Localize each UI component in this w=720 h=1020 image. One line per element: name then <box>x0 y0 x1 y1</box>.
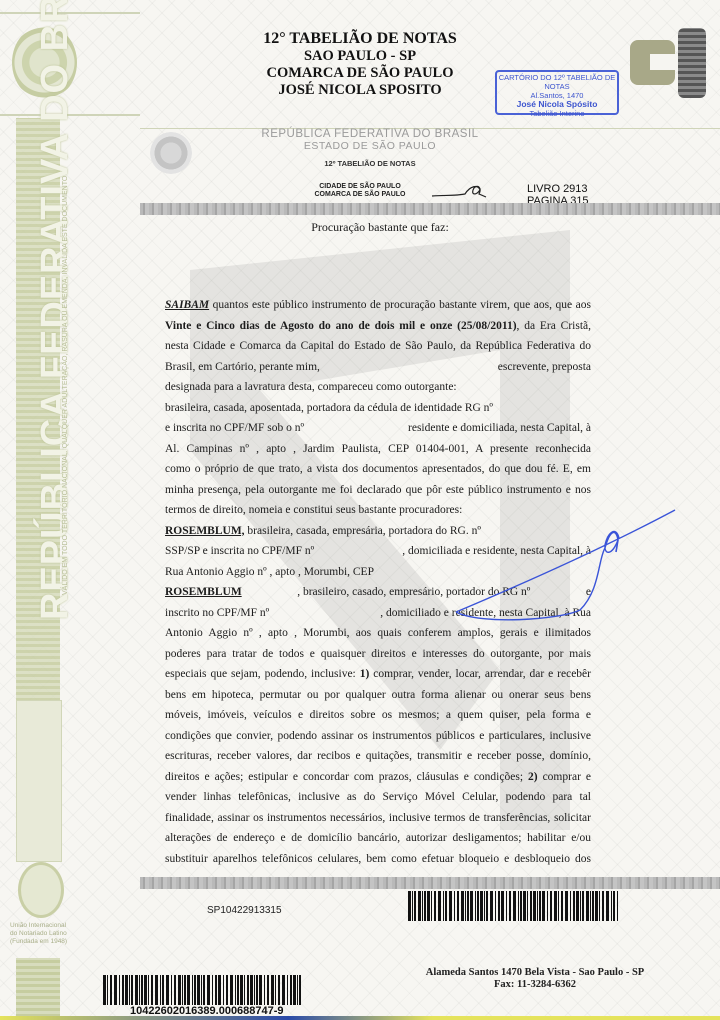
document-text: poderes para tratar de todos e quaisquer… <box>165 648 591 660</box>
left-security-band: REPÚBLICA FEDERATIVA DO BRASIL VÁLIDO EM… <box>0 0 110 1020</box>
document-line: escrituras, receber valores, dar recibos… <box>165 746 591 767</box>
livro-number: LIVRO 2913 <box>527 183 589 195</box>
document-text: minha presença, pela outorgante me foi d… <box>165 484 591 496</box>
hologram-seal-icon <box>678 28 706 98</box>
initials-signature-icon <box>430 182 490 202</box>
stamp-line-3: José Nicola Spósito <box>497 100 617 109</box>
document-line: nesta Cidade e Comarca da Capital do Est… <box>165 336 591 357</box>
security-band-top <box>140 203 720 215</box>
document-text: 1) <box>360 668 370 680</box>
footer-address: Alameda Santos 1470 Bela Vista - Sao Pau… <box>390 967 680 991</box>
document-line: e inscrita no CPF/MF sob o nºresidente e… <box>165 418 591 439</box>
document-line: especiais que sejam, podendo, inclusive:… <box>165 664 591 685</box>
bottom-color-strip <box>0 1016 720 1020</box>
document-body: SAIBAM quantos este público instrumento … <box>165 295 591 869</box>
document-text: SAIBAM <box>165 299 209 311</box>
notariado-seal-icon <box>18 862 64 918</box>
union-line-2: do Notariado Latino <box>10 930 67 938</box>
document-text: condições que convier, podendo assinar o… <box>165 730 591 742</box>
document-line: Rua Antonio Aggio nº , apto , Morumbi, C… <box>165 562 591 583</box>
header-comarca: COMARCA DE SÃO PAULO <box>210 65 510 82</box>
document-line: condições que convier, podendo assinar o… <box>165 726 591 747</box>
document-line: como o próprio de que trato, a vista dos… <box>165 459 591 480</box>
guilloche-panel <box>16 700 62 862</box>
barcode-bottom <box>103 975 303 1005</box>
document-line: SSP/SP e inscrita no CPF/MF nº, domicili… <box>165 541 591 562</box>
document-text: Brasil, em Cartório, perante mim, <box>165 357 320 378</box>
letterhead-tabeliao: 12º TABELIÃO DE NOTAS <box>200 159 540 168</box>
estado-text: ESTADO DE SÃO PAULO <box>200 140 540 152</box>
document-text: 2) <box>528 771 538 783</box>
document-text: Vinte e Cinco dias de Agosto do ano de d… <box>165 320 517 332</box>
document-text: e <box>586 582 591 603</box>
document-text: direitos e ações; estipular e concordar … <box>165 771 528 783</box>
document-text: inscrito no CPF/MF nº <box>165 603 269 624</box>
document-line: inscrito no CPF/MF nº, domiciliado e res… <box>165 603 591 624</box>
document-line: Al. Campinas nº , apto , Jardim Paulista… <box>165 439 591 460</box>
document-line: poderes para tratar de todos e quaisquer… <box>165 644 591 665</box>
document-text: termos de direito, nomeia e constitui se… <box>165 504 462 516</box>
document-text: brasileira, casada, empresária, portador… <box>245 525 481 537</box>
document-text: residente e domiciliada, nesta Capital, … <box>408 418 591 439</box>
document-line: minha presença, pela outorgante me foi d… <box>165 480 591 501</box>
document-line: Vinte e Cinco dias de Agosto do ano de d… <box>165 316 591 337</box>
document-text: quantos este público instrumento de proc… <box>209 299 591 311</box>
document-line: termos de direito, nomeia e constitui se… <box>165 500 591 521</box>
document-line: móveis, imóveis, veículos e direitos sob… <box>165 705 591 726</box>
document-text: , domiciliada e residente, nesta Capital… <box>402 541 591 562</box>
security-band-bottom <box>140 877 720 889</box>
barcode-top <box>408 891 618 921</box>
document-text: , brasileiro, casado, empresário, portad… <box>297 582 530 603</box>
document-text: SSP/SP e inscrita no CPF/MF nº <box>165 541 314 562</box>
brasil-emblem-icon <box>150 132 192 174</box>
document-text: ROSEMBLUM, <box>165 525 245 537</box>
republica-text: REPÚBLICA FEDERATIVA DO BRASIL <box>200 128 540 140</box>
document-text: vender linhas telefônicas, inclusive as … <box>165 791 591 803</box>
document-text: escrevente, preposta <box>498 357 591 378</box>
serial-number: SP10422913315 <box>207 905 282 916</box>
document-line: bens em hipoteca, permutar ou por qualqu… <box>165 685 591 706</box>
document-text: ROSEMBLUM <box>165 582 242 603</box>
document-text: alterações de endereço e de domicílio ba… <box>165 832 591 844</box>
union-line-3: (Fundada em 1948) <box>10 938 67 946</box>
header-tabeliao: JOSÉ NICOLA SPOSITO <box>210 82 510 99</box>
document-text: como o próprio de que trato, a vista dos… <box>165 463 591 475</box>
vertical-validity-text: VÁLIDO EM TODO TERRITÓRIO NACIONAL. QUAL… <box>62 176 69 595</box>
union-line-1: União Internacional <box>10 922 67 930</box>
document-text: substituir aparelhos telefônicos celular… <box>165 853 591 865</box>
document-line: brasileira, casada, aposentada, portador… <box>165 398 591 419</box>
document-text: Rua Antonio Aggio nº , apto , Morumbi, C… <box>165 566 374 578</box>
comarca-text: COMARCA DE SÃO PAULO <box>300 191 420 199</box>
document-line: designada para a lavratura desta, compar… <box>165 377 591 398</box>
document-text: Al. Campinas nº , apto , Jardim Paulista… <box>165 443 591 455</box>
document-text: especiais que sejam, podendo, inclusive: <box>165 668 360 680</box>
document-text: comprar, vender, locar, arrendar, dar e … <box>369 668 591 680</box>
letterhead-cidade: CIDADE DE SÃO PAULO COMARCA DE SÃO PAULO <box>300 183 420 199</box>
letterhead-republica: REPÚBLICA FEDERATIVA DO BRASIL ESTADO DE… <box>200 128 540 152</box>
document-text: móveis, imóveis, veículos e direitos sob… <box>165 709 591 721</box>
notary-pen-logo-icon <box>630 40 675 85</box>
document-text: escrituras, receber valores, dar recibos… <box>165 750 591 762</box>
document-line: Antonio Aggio nº , apto , Morumbi, aos q… <box>165 623 591 644</box>
document-line: direitos e ações; estipular e concordar … <box>165 767 591 788</box>
document-text: e inscrita no CPF/MF sob o nº <box>165 418 304 439</box>
cartorio-stamp: CARTÓRIO DO 12º TABELIÃO DE NOTAS Al.San… <box>495 70 619 115</box>
document-text: comprar e <box>538 771 591 783</box>
cidade-text: CIDADE DE SÃO PAULO <box>300 183 420 191</box>
document-line: SAIBAM quantos este público instrumento … <box>165 295 591 316</box>
document-line: finalidade, assinar os instrumentos nece… <box>165 808 591 829</box>
document-text: nesta Cidade e Comarca da Capital do Est… <box>165 340 591 352</box>
document-text: Antonio Aggio nº , apto , Morumbi, aos q… <box>165 627 591 639</box>
fax-line: Fax: 11-3284-6362 <box>390 979 680 991</box>
header-title: 12° TABELIÃO DE NOTAS <box>210 30 510 48</box>
document-text: finalidade, assinar os instrumentos nece… <box>165 812 591 824</box>
document-line: vender linhas telefônicas, inclusive as … <box>165 787 591 808</box>
document-line: Brasil, em Cartório, perante mim,escreve… <box>165 357 591 378</box>
document-line: ROSEMBLUM, brasileiro, casado, empresári… <box>165 582 591 603</box>
address-line: Alameda Santos 1470 Bela Vista - Sao Pau… <box>390 967 680 979</box>
document-text: bens em hipoteca, permutar ou por qualqu… <box>165 689 591 701</box>
stamp-line-4: Tabelião Interino <box>497 109 617 118</box>
notary-header: 12° TABELIÃO DE NOTAS SAO PAULO - SP COM… <box>210 30 510 99</box>
document-line: substituir aparelhos telefônicos celular… <box>165 849 591 870</box>
header-city: SAO PAULO - SP <box>210 48 510 65</box>
document-text: brasileira, casada, aposentada, portador… <box>165 402 493 414</box>
document-text: designada para a lavratura desta, compar… <box>165 381 457 393</box>
document-line: ROSEMBLUM, brasileira, casada, empresári… <box>165 521 591 542</box>
guilloche-strip-bottom <box>16 958 60 1020</box>
document-text: , domiciliado e residente, nesta Capital… <box>380 603 591 624</box>
document-line: alterações de endereço e de domicílio ba… <box>165 828 591 849</box>
vertical-republica-text: REPÚBLICA FEDERATIVA DO BRASIL <box>34 0 77 620</box>
union-notariado-text: União Internacional do Notariado Latino … <box>10 922 67 946</box>
document-text: , da Era Cristã, <box>517 320 591 332</box>
stamp-line-1: CARTÓRIO DO 12º TABELIÃO DE NOTAS <box>497 73 617 91</box>
